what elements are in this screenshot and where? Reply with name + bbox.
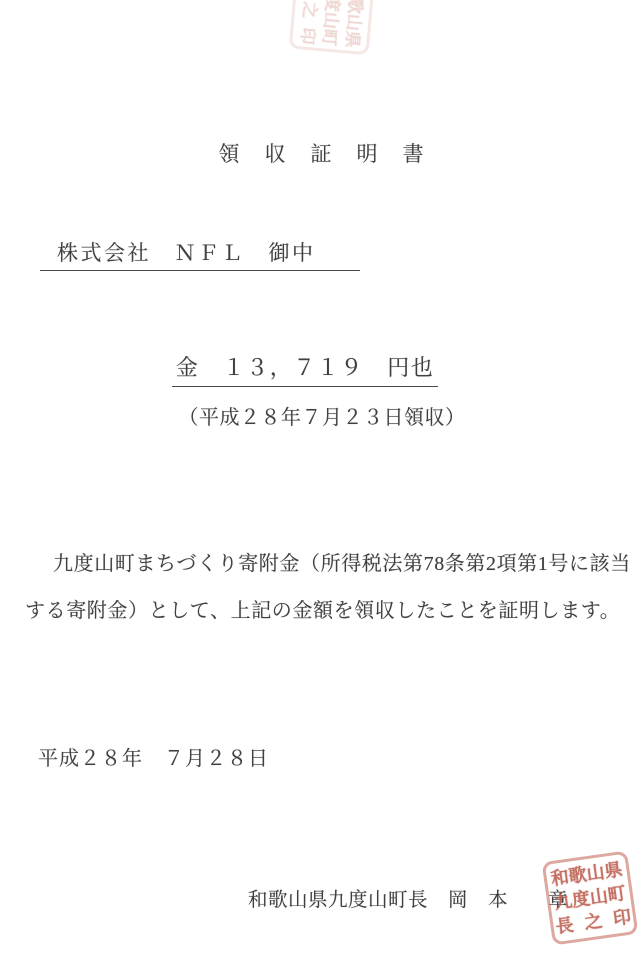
faint-top-stamp-text: 和歌山県 (343, 0, 366, 49)
certification-body-line2: する寄附金）として、上記の金額を領収したことを証明します。 (25, 588, 624, 635)
official-seal: 和歌山県 九度山町 長之印 (542, 850, 639, 945)
signer-line: 和歌山県九度山町長 岡 本 章 (248, 884, 568, 912)
certification-body-line1: 九度山町まちづくり寄附金（所得税法第78条第2項第1号に該当 (25, 541, 624, 588)
faint-top-stamp: 和歌山県 九度山町 長之印 (289, 0, 376, 55)
amount-line: 金 １３，７１９ 円也 (0, 351, 610, 387)
faint-top-stamp-text: 九度山町 (321, 0, 344, 47)
addressee-name: 株式会社 ＮＦＬ 御中 (40, 237, 360, 271)
issue-date: 平成２８年 ７月２８日 (38, 742, 269, 771)
certification-body: 九度山町まちづくり寄附金（所得税法第78条第2項第1号に該当 する寄附金）として… (25, 541, 624, 635)
amount-value: 金 １３，７１９ 円也 (172, 351, 439, 387)
document-title: 領 収 証 明 書 (0, 138, 644, 168)
received-date-line: （平成２８年７月２３日領収） (0, 401, 644, 430)
receipt-certificate-page: 和歌山県 九度山町 長之印 領 収 証 明 書 株式会社 ＮＦＬ 御中 金 １３… (0, 0, 644, 960)
addressee-line: 株式会社 ＮＦＬ 御中 (40, 237, 360, 271)
faint-top-stamp-text: 長之印 (297, 0, 321, 54)
